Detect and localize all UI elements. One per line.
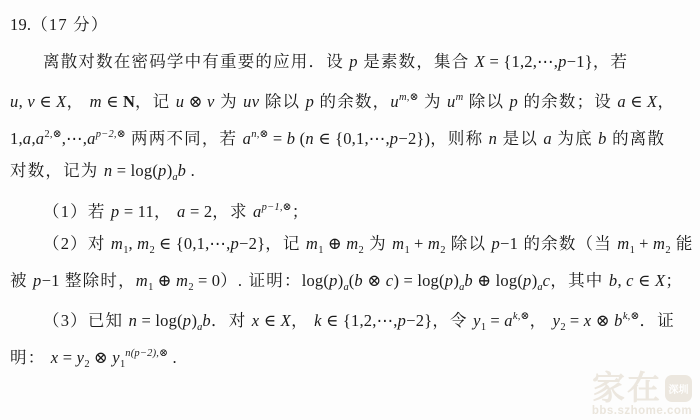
text-segment: ⊕ (153, 271, 176, 290)
text-segment: . (186, 161, 195, 180)
text-segment: = log( (112, 161, 158, 180)
problem-lines: 离散对数在密码学中有重要的应用．设 p 是素数，集合 X = {1,2,⋯,p−… (10, 44, 694, 373)
text-segment: m (617, 234, 629, 253)
text-segment: b (598, 129, 607, 148)
text-segment: ∈ (102, 92, 123, 111)
text-segment: m (90, 92, 102, 111)
text-segment: n (129, 311, 138, 330)
text-segment: b (614, 311, 623, 330)
text-segment: ， (530, 311, 553, 330)
text-segment: = 2 (186, 202, 213, 221)
text-segment: −1} (567, 52, 593, 71)
text-segment: ∈ (260, 311, 281, 330)
text-segment: ，记 (265, 234, 306, 253)
text-segment: = {1,2,⋯, (485, 52, 558, 71)
text-segment: p (306, 92, 315, 111)
text-line: 离散对数在密码学中有重要的应用．设 p 是素数，集合 X = {1,2,⋯,p−… (10, 44, 694, 81)
text-segment: v (207, 92, 215, 111)
text-segment: ⊕ (324, 234, 347, 253)
text-segment: m (392, 234, 404, 253)
text-segment: ,⋯, (62, 129, 87, 148)
text-segment: a (177, 202, 186, 221)
text-segment: ⊗ (90, 348, 113, 367)
text-line: 明： x = y2 ⊗ y1n(p−2),⊗ . (10, 336, 694, 373)
text-segment: p (158, 161, 167, 180)
text-segment: ，则称 (430, 129, 488, 148)
text-segment: ∈ {1,2,⋯, (322, 311, 398, 330)
text-segment: + (410, 234, 428, 253)
text-segment: ⊕ log( (473, 271, 523, 290)
text-segment: ∈ (634, 271, 655, 290)
text-segment: 能 (671, 234, 694, 253)
text-segment: X (647, 92, 657, 111)
text-segment: y (473, 311, 481, 330)
text-segment: = (486, 311, 504, 330)
text-segment: k,⊗ (513, 311, 530, 322)
text-segment: −2} (239, 234, 265, 253)
text-segment: ； (292, 202, 310, 221)
text-segment: 1 (120, 359, 125, 370)
text-segment: = 0 (194, 271, 221, 290)
text-segment: 除以 (445, 234, 491, 253)
text-segment: u (390, 92, 399, 111)
text-segment: （1）若 (43, 202, 111, 221)
text-segment: X (475, 52, 485, 71)
text-segment: m (346, 234, 358, 253)
text-segment: m (428, 234, 440, 253)
text-segment: ∈ (626, 92, 647, 111)
text-segment: b (202, 311, 211, 330)
text-segment: X (655, 271, 665, 290)
text-segment: m (111, 234, 123, 253)
text-segment: x (252, 311, 260, 330)
text-segment: ) = log( (393, 271, 444, 290)
text-segment: 为底 (552, 129, 598, 148)
text-segment: p (492, 234, 501, 253)
text-segment: ，求 (212, 202, 253, 221)
text-segment: 1, (10, 129, 23, 148)
text-segment: = 11 (120, 202, 154, 221)
text-segment: −1 (500, 234, 518, 253)
text-segment: p (398, 311, 407, 330)
text-segment: ∈ {0,1,⋯, (155, 234, 231, 253)
text-segment: ， (154, 202, 177, 221)
text-segment: 为 (419, 92, 447, 111)
text-segment: ⊗ (363, 271, 386, 290)
text-segment: p (349, 52, 358, 71)
text-segment: p (558, 52, 567, 71)
text-line: （1）若 p = 11， a = 2，求 ap−1,⊗； (10, 190, 694, 227)
text-segment: X (56, 92, 66, 111)
text-segment: u (10, 92, 19, 111)
text-segment: 明： (10, 348, 51, 367)
text-segment: ， (291, 311, 314, 330)
watermark-url: bbs.szhome.com (586, 405, 698, 417)
text-segment: uv (243, 92, 259, 111)
text-segment: ； (665, 271, 683, 290)
text-segment: = (566, 311, 584, 330)
text-segment: = log( (137, 311, 183, 330)
text-segment: b (178, 161, 187, 180)
text-segment: 的余数；设 (518, 92, 617, 111)
text-segment: 离散对数在密码学中有重要的应用．设 (43, 52, 349, 71)
text-segment: ⊗ (184, 92, 207, 111)
text-segment: ，其中 (550, 271, 608, 290)
text-line: 对数，记为 n = log(p)ab . (10, 153, 694, 190)
text-segment: n (305, 129, 314, 148)
text-segment: 是以 (497, 129, 543, 148)
exam-page: 19.（17 分） 离散对数在密码学中有重要的应用．设 p 是素数，集合 X =… (0, 0, 700, 420)
text-segment: 除以 (463, 92, 509, 111)
text-segment: , (19, 92, 28, 111)
text-segment: b (354, 271, 363, 290)
text-segment: ( (295, 129, 305, 148)
text-segment: ）. 证明： (220, 271, 301, 290)
text-segment: p (111, 202, 120, 221)
text-segment: （3）已知 (43, 311, 129, 330)
text-segment: ， (658, 92, 676, 111)
text-segment: a (617, 92, 626, 111)
text-segment: m (176, 271, 188, 290)
text-segment: = (58, 348, 76, 367)
text-segment: ∈ (35, 92, 56, 111)
text-segment: a (243, 129, 252, 148)
text-line: （2）对 m1, m2 ∈ {0,1,⋯,p−2}，记 m1 ⊕ m2 为 m1… (10, 226, 694, 263)
text-segment: ，令 (432, 311, 473, 330)
text-segment: p (510, 92, 519, 111)
text-segment: n(p−2),⊗ (125, 348, 168, 359)
watermark-badge: 深圳 (665, 375, 692, 402)
text-line: 被 p−1 整除时，m1 ⊕ m2 = 0）. 证明：log(p)a(b ⊗ c… (10, 263, 694, 300)
text-segment: 除以 (260, 92, 306, 111)
text-segment: y (112, 348, 120, 367)
text-segment: a (504, 311, 513, 330)
text-segment: a (253, 202, 262, 221)
text-segment: ， (67, 92, 90, 111)
text-segment: ．证 (640, 311, 675, 330)
watermark-text: 家在 (592, 371, 662, 405)
text-segment: p (33, 271, 42, 290)
text-segment: （17 分） (31, 15, 108, 34)
text-segment: m,⊗ (399, 92, 419, 103)
problem-header: 19.（17 分） (10, 7, 694, 44)
text-segment: p (230, 234, 239, 253)
text-segment: , (617, 271, 626, 290)
text-segment: m (653, 234, 665, 253)
text-segment: n,⊗ (251, 129, 268, 140)
text-segment: ∈ {0,1,⋯, (314, 129, 390, 148)
text-segment: , (128, 234, 137, 253)
text-segment: + (635, 234, 653, 253)
text-segment: 对数，记为 (10, 161, 104, 180)
text-segment: ．对 (211, 311, 252, 330)
text-segment: ，记 (135, 92, 176, 111)
text-segment: −2} (406, 311, 432, 330)
text-segment: p (523, 271, 532, 290)
text-segment: 是素数，集合 (358, 52, 475, 71)
text-segment: 为 (215, 92, 243, 111)
text-segment: 19. (10, 15, 31, 34)
text-segment: 的余数， (314, 92, 390, 111)
text-segment: k (314, 311, 322, 330)
text-segment: （2）对 (43, 234, 111, 253)
text-segment: a (543, 129, 552, 148)
text-segment: 整除时， (60, 271, 136, 290)
text-segment: b (464, 271, 473, 290)
text-segment: a (87, 129, 96, 148)
text-segment: . (168, 348, 177, 367)
text-segment: ，若 (593, 52, 628, 71)
text-segment: = (269, 129, 287, 148)
text-segment: 2,⊗ (44, 129, 61, 140)
text-segment: v (27, 92, 35, 111)
text-segment: m (137, 234, 149, 253)
text-segment: m (136, 271, 148, 290)
text-segment: 的离散 (607, 129, 665, 148)
text-segment: p−1,⊗ (262, 202, 292, 213)
text-segment: −2}) (398, 129, 430, 148)
text-segment: N (123, 92, 135, 111)
text-segment: 为 (364, 234, 392, 253)
text-segment: −1 (42, 271, 60, 290)
text-line: u, v ∈ X， m ∈ N，记 u ⊗ v 为 uv 除以 p 的余数，um… (10, 80, 694, 117)
text-line: 1,a,a2,⊗,⋯,ap−2,⊗ 两两不同，若 an,⊗ = b (n ∈ {… (10, 117, 694, 154)
text-segment: ⊗ (591, 311, 614, 330)
text-segment: m (306, 234, 318, 253)
text-segment: X (281, 311, 291, 330)
text-line: （3）已知 n = log(p)ab．对 x ∈ X， k ∈ {1,2,⋯,p… (10, 299, 694, 336)
text-segment: 两两不同，若 (126, 129, 243, 148)
text-segment: p−2,⊗ (96, 129, 126, 140)
text-segment: u (447, 92, 456, 111)
text-segment: c (626, 271, 634, 290)
text-segment: 被 (10, 271, 33, 290)
text-segment: 的余数（当 (518, 234, 617, 253)
text-segment: k,⊗ (623, 311, 640, 322)
watermark: 家在 深圳 bbs.szhome.com (586, 371, 698, 417)
text-segment: log( (302, 271, 329, 290)
text-segment: p (329, 271, 338, 290)
